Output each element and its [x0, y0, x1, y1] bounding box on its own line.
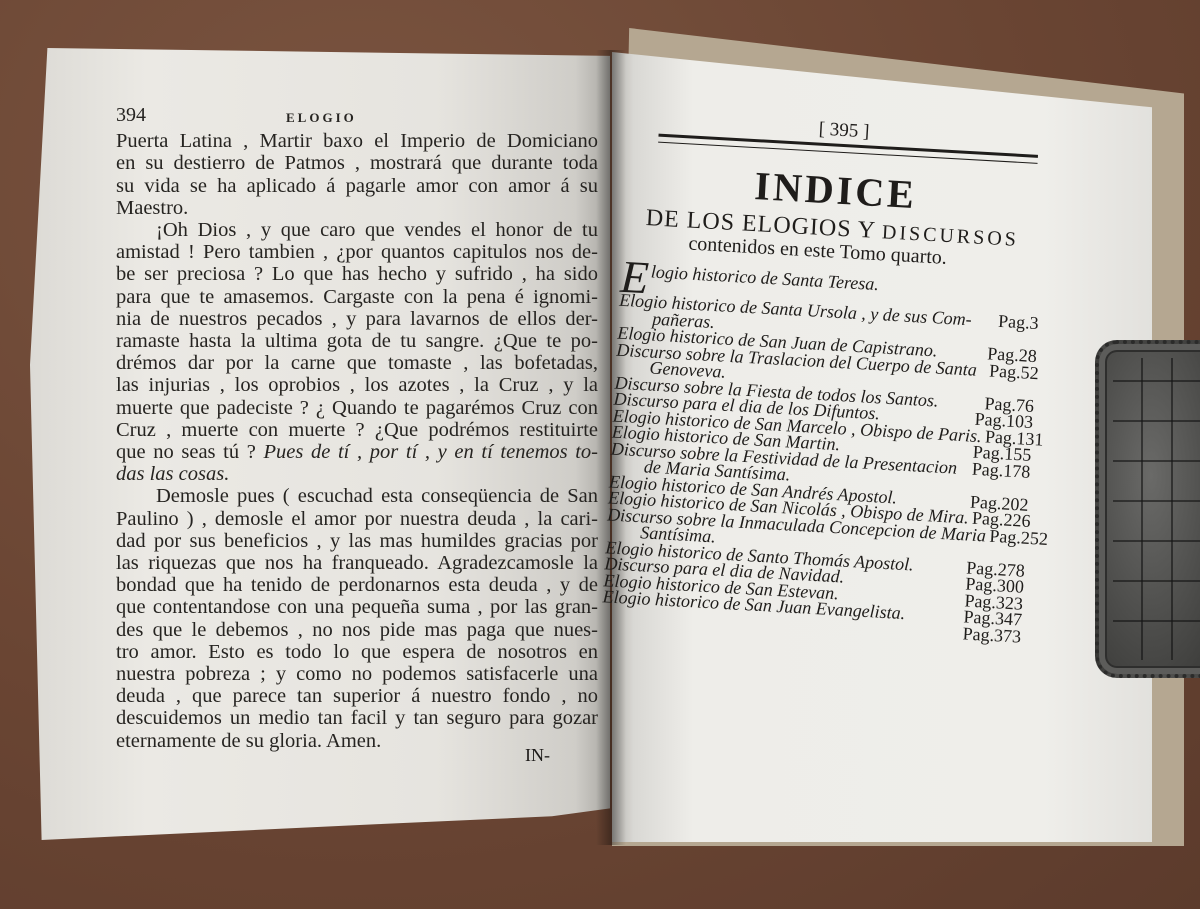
toc-entry-page: Pag.3 [976, 312, 1039, 332]
text-line: drémos dar por la carne que tomaste , la… [116, 352, 598, 374]
left-page-text: 394 ELOGIO Puerta Latina , Martir baxo e… [116, 104, 598, 752]
clasp-engraving [1113, 358, 1200, 660]
text-line: deuda , que parece tan superior á nuestr… [116, 685, 598, 707]
toc-entry-page: Pag.373 [959, 625, 1022, 645]
text-line: que no seas tú ? Pues de tí , por tí , y… [116, 441, 598, 463]
text-line: muerte que padeciste ? ¿ Quando te pagar… [116, 397, 598, 419]
text-fragment: que no seas tú ? [116, 441, 256, 463]
text-line: ramaste hasta la ultima gota de tu sangr… [116, 330, 598, 352]
catchword: IN- [525, 745, 550, 766]
text-line: bondad que ha tenido de perdonarnos esta… [116, 574, 598, 596]
text-line: amistad ! Pero tambien , ¿por quantos ca… [116, 241, 598, 263]
toc-entry-page: Pag.252 [986, 527, 1049, 547]
text-line: nia de nuestros pecados , y para lavarno… [116, 308, 598, 330]
text-line: para que te amasemos. Cargaste con la pe… [116, 286, 598, 308]
text-line: las riquezas que nos ha franqueado. Agra… [116, 552, 598, 574]
text-line: descuidemos un medio tan facil y tan seg… [116, 707, 598, 729]
text-line: las injurias , los oprobios , los azotes… [116, 374, 598, 396]
index-page: [ 395 ] INDICE DE LOS ELOGIOS Y DISCURSO… [601, 108, 1049, 645]
toc-entry-page [979, 282, 1041, 285]
text-line: tro amor. Esto es todo lo que espera de … [116, 641, 598, 663]
italic-quote: Pues de tí , por tí , y en tí tenemos to… [264, 441, 599, 463]
left-page-header: 394 ELOGIO [116, 104, 598, 129]
left-page-number: 394 [116, 104, 146, 129]
metal-book-clasp [1095, 340, 1200, 678]
text-line: Maestro. [116, 197, 598, 219]
text-line: que contentandose con una pequeña suma ,… [116, 596, 598, 618]
italic-quote-end: das las cosas. [116, 463, 229, 485]
text-line: en su destierro de Patmos , mostrará que… [116, 152, 598, 174]
text-line: Puerta Latina , Martir baxo el Imperio d… [116, 130, 598, 152]
text-line: be ser preciosa ? Lo que has hecho y suf… [116, 263, 598, 285]
text-line: su vida se ha aplicado á pagarle amor co… [116, 175, 598, 197]
text-line: ¡Oh Dios , y que caro que vendes el hono… [116, 219, 598, 241]
text-line: dad por sus beneficios , y las mas humil… [116, 530, 598, 552]
toc-entry-title: logio historico de Santa Teresa. [650, 261, 879, 294]
toc-entry-page: Pag.52 [976, 361, 1039, 381]
text-line: Paulino ) , demosle el amor por nuestra … [116, 508, 598, 530]
text-line: nuestra pobreza ; y como no podemos sati… [116, 663, 598, 685]
drop-cap: E [620, 262, 650, 294]
toc-entry-page: Pag.178 [968, 460, 1031, 480]
running-head: ELOGIO [286, 107, 357, 129]
table-of-contents: Elogio historico de Santa Teresa. Elogio… [601, 262, 1040, 645]
text-line: Cruz , muerte con muerte ? ¿Que podrémos… [116, 419, 598, 441]
text-line: das las cosas. [116, 463, 598, 485]
text-line: Demosle pues ( escuchad esta conseqüenci… [116, 485, 598, 507]
text-line: des que le debemos , no nos pide mas pag… [116, 619, 598, 641]
